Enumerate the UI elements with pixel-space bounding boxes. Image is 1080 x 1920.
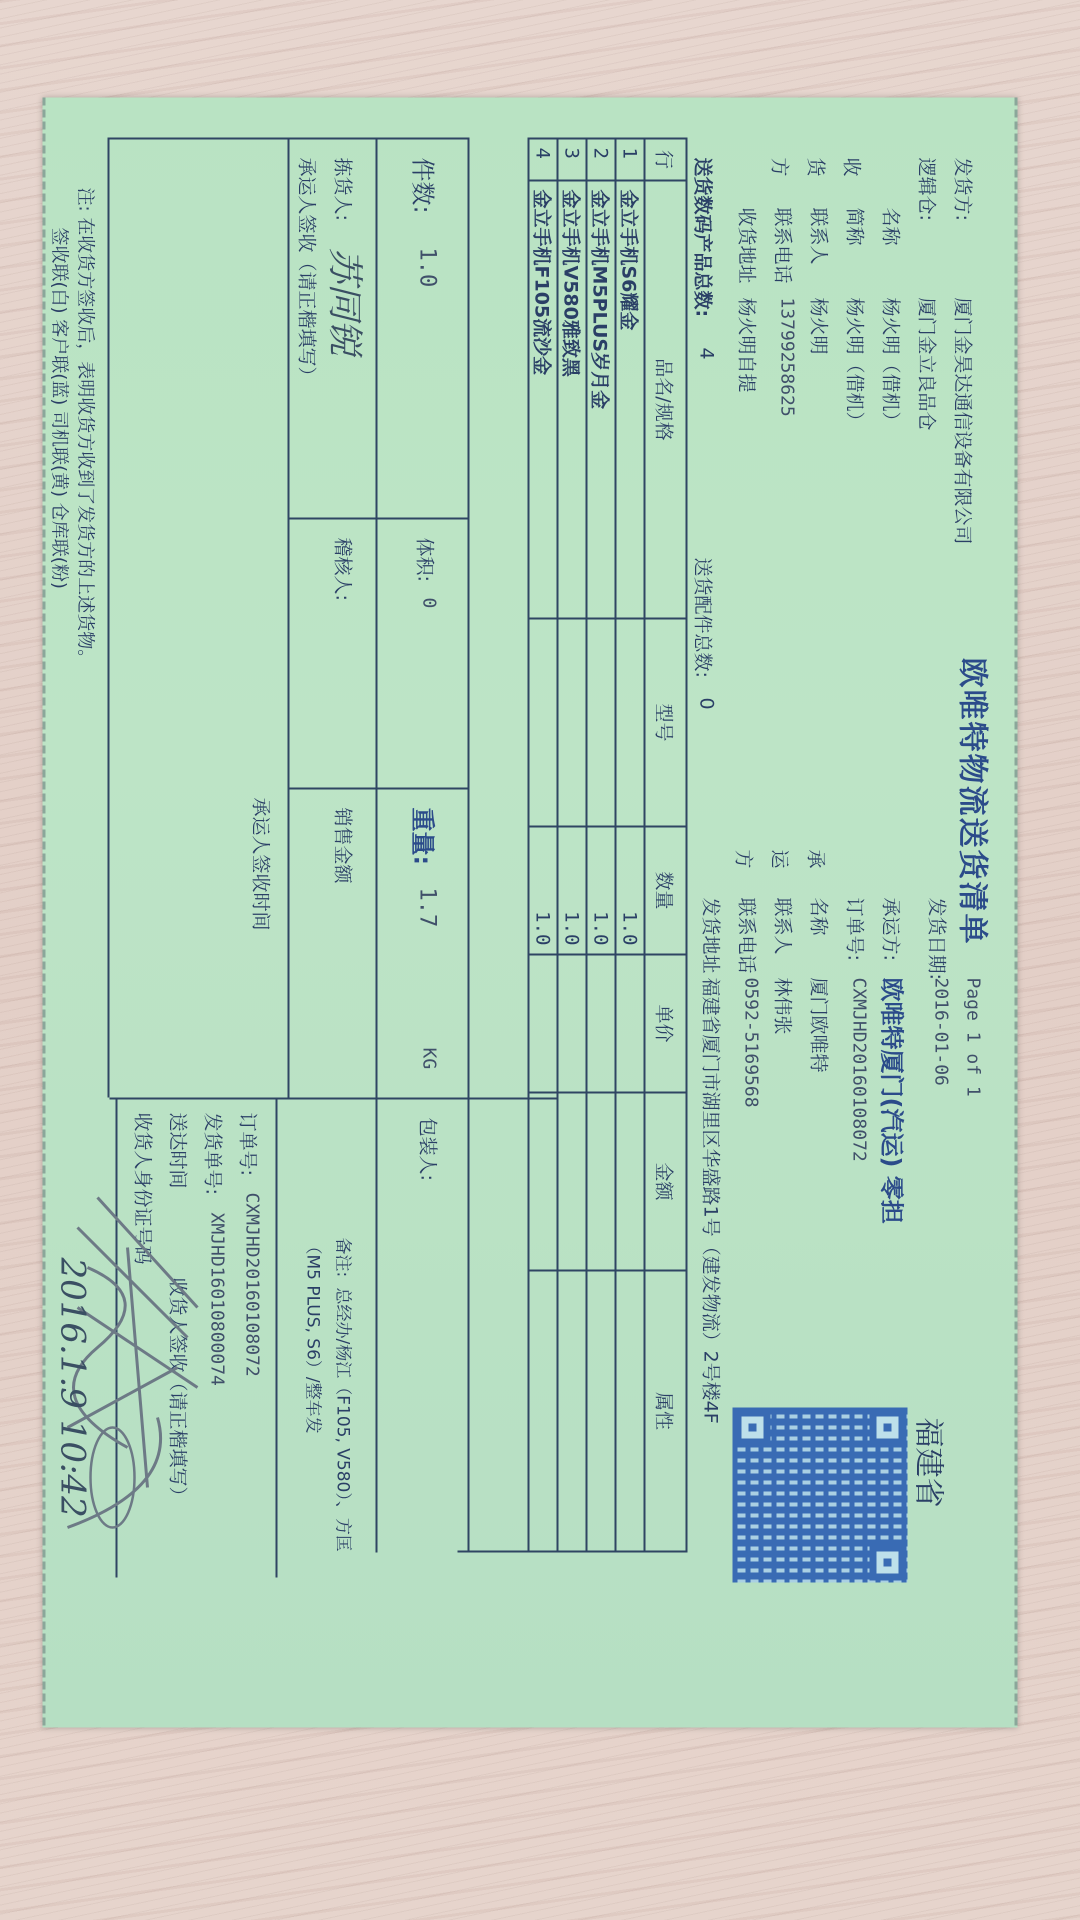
weight-unit: KG <box>419 1048 440 1070</box>
checker-label: 稽核人: <box>331 538 358 601</box>
consignee-short-label: 简称 <box>843 208 870 246</box>
handwritten-datetime: 2016.1.9 10:42 <box>53 1258 93 1518</box>
qr-finder-icon <box>870 1545 906 1581</box>
page-indicator: Page 1 of 1 <box>963 978 984 1097</box>
note-line1: 注: 在收货方签收后，表明收货方收到了发货方的上述货物。 <box>74 188 100 668</box>
carrier-phone-label: 联系电话 <box>735 898 762 974</box>
carrier-order-no: CXMJHD2016010807​2 <box>849 978 870 1162</box>
col-amount: 金额 <box>645 1093 687 1271</box>
document-title: 欧唯特物流送货清单 <box>954 658 998 946</box>
parts-count: 0 <box>696 698 718 710</box>
divider <box>376 138 378 1553</box>
carrier-value: 欧唯特厦门(汽运) 零担 <box>877 978 912 1224</box>
consignee-phone-label: 联系电话 <box>771 208 798 284</box>
carrier-address: 福建省厦门市湖里区华盛路1号（建发物流）2号楼4F <box>699 978 726 1424</box>
consignee-address-label: 收货地址 <box>735 208 762 284</box>
carrier-label: 承运方: <box>879 898 906 961</box>
remarks-line2: （M5 PLUS, S6）/整车发 <box>303 1238 328 1434</box>
remarks-label: 备注: <box>333 1238 358 1278</box>
remarks-line1: 总经办/杨江（F105, V580）、方匡 <box>333 1288 358 1552</box>
product-count-label: 送货数码产品总数: <box>691 158 718 318</box>
col-price: 单价 <box>645 955 687 1093</box>
ship-date: 2016-01-06 <box>931 978 952 1086</box>
consignee-phone: 13799258625 <box>777 298 798 417</box>
consignee-name: 杨火明（借机） <box>879 298 906 431</box>
col-qty: 数量 <box>645 827 687 955</box>
divider <box>110 1098 558 1100</box>
weight-label: 重量: <box>408 808 443 866</box>
parts-count-label: 送货配件总数: <box>691 558 718 678</box>
picker-signature: 苏同锐 <box>322 248 373 356</box>
pieces-label: 件数: <box>408 158 443 214</box>
qr-finder-icon <box>735 1410 771 1446</box>
carrier-phone: 0592-5169568 <box>741 978 762 1108</box>
consignee-contact: 杨火明 <box>807 298 834 355</box>
pieces-value: 1.0 <box>415 248 440 288</box>
consignee-side-label: 收 货 方 <box>762 158 870 177</box>
consignee-address: 杨火明自提 <box>735 298 762 393</box>
packer-label: 包装人: <box>416 1118 443 1181</box>
carrier-contact-label: 联系人 <box>771 898 798 955</box>
region-stamp: 福建省 <box>910 1418 954 1508</box>
delivery-time-label: 送达时间 <box>166 1113 193 1189</box>
divider <box>108 138 110 1098</box>
divider <box>290 788 470 790</box>
carrier-name-label: 名称 <box>807 898 834 936</box>
carrier-contact: 林伟张 <box>771 978 798 1035</box>
picker-label: 拣货人: <box>331 158 358 221</box>
table-row: 2 金立手机M5PLUS岁月金 1.0 <box>587 139 616 1552</box>
warehouse-label: 逻辑仓: <box>915 158 942 221</box>
product-count: 4 <box>696 348 718 360</box>
carrier-name: 厦门欧唯特 <box>807 978 834 1073</box>
divider <box>458 1551 558 1553</box>
table-row: 4 金立手机F105流沙金 1.0 <box>529 139 558 1552</box>
consignee-name-label: 名称 <box>879 208 906 246</box>
col-line: 行 <box>645 139 687 181</box>
consignee-short-name: 杨火明（借机） <box>843 298 870 431</box>
note-line2: 签收联(白) 客户联(蓝) 司机联(黄) 仓库联(粉) <box>48 228 74 589</box>
carrier-sign-label: 承运人签收（请正楷填写） <box>295 158 322 386</box>
divider <box>276 1098 278 1578</box>
dispatch-no-label: 发货单号: <box>201 1113 228 1195</box>
divider <box>290 518 470 520</box>
sales-amount-label: 销售金额 <box>331 808 358 884</box>
consignee-contact-label: 联系人 <box>807 208 834 265</box>
qr-finder-icon <box>870 1410 906 1446</box>
items-table: 行 品名/规格 型号 数量 单价 金额 属性 1 金立手机S6耀金 1.0 2 <box>528 138 688 1553</box>
table-row: 1 金立手机S6耀金 1.0 <box>616 139 645 1552</box>
volume-label: 体积: <box>413 538 440 582</box>
weight-value: 1.7 <box>415 888 440 928</box>
volume-value: 0 <box>419 598 440 609</box>
divider <box>288 138 290 1098</box>
col-attr: 属性 <box>645 1271 687 1552</box>
ship-date-label: 发货日期: <box>925 898 952 980</box>
qr-code-icon <box>733 1408 908 1583</box>
col-name: 品名/规格 <box>645 181 687 619</box>
carrier-side-label: 承 运 方 <box>726 850 834 869</box>
warehouse-value: 厦门金立良品仓 <box>915 298 942 431</box>
table-row: 3 金立手机V580雅致黑 1.0 <box>558 139 587 1552</box>
delivery-slip: 欧唯特物流送货清单 Page 1 of 1 发货日期: 2016-01-06 发… <box>43 98 1018 1728</box>
divider <box>110 138 470 140</box>
order-no: CXMJHD2016010807​2 <box>242 1193 263 1377</box>
divider <box>468 138 470 1553</box>
carrier-address-label: 发货地址 <box>699 898 726 974</box>
shipper-label: 发货方: <box>951 158 978 221</box>
carrier-order-label: 订单号: <box>843 898 870 961</box>
order-no-label: 订单号: <box>236 1113 263 1176</box>
col-model: 型号 <box>645 619 687 827</box>
table-header-row: 行 品名/规格 型号 数量 单价 金额 属性 <box>645 139 687 1552</box>
shipper-value: 厦门金昊达通信设备有限公司 <box>951 298 978 545</box>
carrier-sign-time-label: 承运人签收时间 <box>249 798 276 931</box>
